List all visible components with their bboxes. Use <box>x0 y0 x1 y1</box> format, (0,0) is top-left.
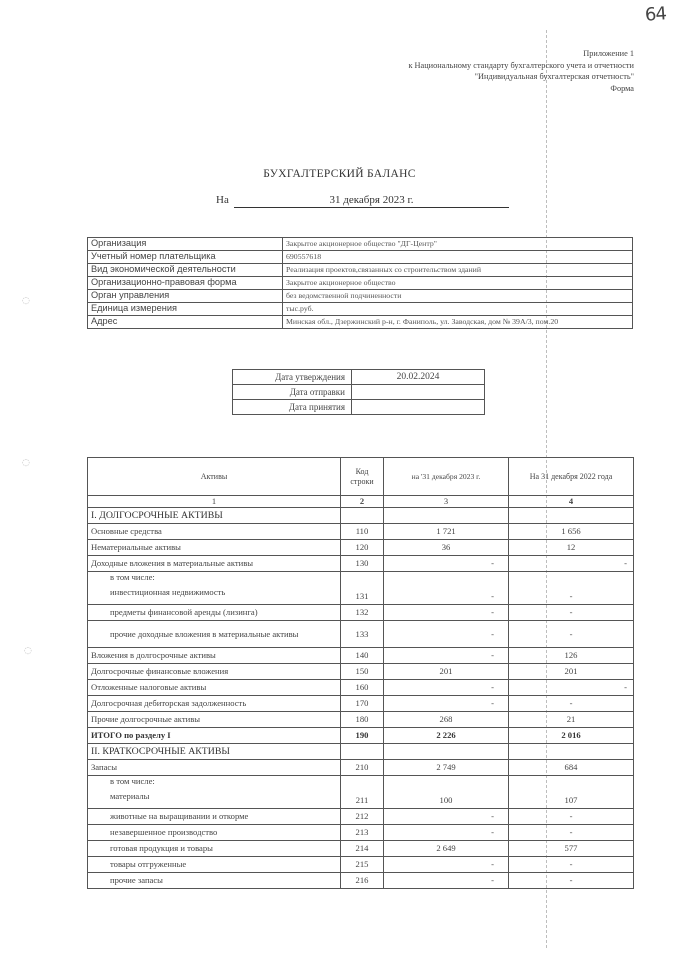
row-name: животные на выращивании и откорме <box>88 809 341 825</box>
column-number: 1 <box>88 496 341 508</box>
info-label: Организация <box>88 238 283 251</box>
info-value: Минская обл., Дзержинский р-н, г. Фанипо… <box>283 316 633 329</box>
info-value: Реализация проектов,связанных со строите… <box>283 264 633 277</box>
row-code: 150 <box>341 664 384 680</box>
row-code: 140 <box>341 648 384 664</box>
row-code: 120 <box>341 540 384 556</box>
info-row: АдресМинская обл., Дзержинский р-н, г. Ф… <box>88 316 633 329</box>
row-name-prefix: в том числе: <box>110 776 155 786</box>
table-row: прочие доходные вложения в материальные … <box>88 621 634 648</box>
organization-info-table: ОрганизацияЗакрытое акционерное общество… <box>87 237 633 329</box>
row-name: товары отгруженные <box>88 857 341 873</box>
row-name-prefix: в том числе: <box>110 572 155 582</box>
column-number: 2 <box>341 496 384 508</box>
row-name: прочие доходные вложения в материальные … <box>88 621 341 648</box>
row-previous-value: - <box>509 605 634 621</box>
row-name: II. КРАТКОСРОЧНЫЕ АКТИВЫ <box>88 744 341 760</box>
margin-punch-mark: ◌ <box>22 458 30 468</box>
row-code: 211 <box>341 776 384 809</box>
table-row: Отложенные налоговые активы160-- <box>88 680 634 696</box>
row-current-value: 2 226 <box>384 728 509 744</box>
row-code: 130 <box>341 556 384 572</box>
info-row: Вид экономической деятельностиРеализация… <box>88 264 633 277</box>
info-row: Учетный номер плательщика690557618 <box>88 251 633 264</box>
table-row: I. ДОЛГОСРОЧНЫЕ АКТИВЫ <box>88 508 634 524</box>
row-name: Основные средства <box>88 524 341 540</box>
date-label: Дата утверждения <box>233 370 352 385</box>
row-previous-value: 1 656 <box>509 524 634 540</box>
row-current-value: - <box>384 572 509 605</box>
info-value: тыс.руб. <box>283 303 633 316</box>
row-previous-value: 126 <box>509 648 634 664</box>
header-previous-period: На 31 декабря 2022 года <box>509 458 634 496</box>
header-assets: Активы <box>88 458 341 496</box>
info-label: Единица измерения <box>88 303 283 316</box>
row-name: готовая продукция и товары <box>88 841 341 857</box>
table-row: Нематериальные активы1203612 <box>88 540 634 556</box>
table-row: Основные средства1101 7211 656 <box>88 524 634 540</box>
row-current-value: 36 <box>384 540 509 556</box>
date-row: Дата принятия <box>233 400 485 415</box>
table-header-row: Активы Кодстроки на '31 декабря 2023 г. … <box>88 458 634 496</box>
row-previous-value <box>509 744 634 760</box>
row-code: 216 <box>341 873 384 889</box>
row-previous-value: 577 <box>509 841 634 857</box>
row-name: Долгосрочная дебиторская задолженность <box>88 696 341 712</box>
table-row: животные на выращивании и откорме212-- <box>88 809 634 825</box>
row-current-value: - <box>384 648 509 664</box>
dates-table: Дата утверждения20.02.2024Дата отправкиД… <box>232 369 485 415</box>
row-previous-value: - <box>509 873 634 889</box>
table-row: Долгосрочная дебиторская задолженность17… <box>88 696 634 712</box>
date-label: Дата отправки <box>233 385 352 400</box>
row-previous-value: - <box>509 696 634 712</box>
row-code: 132 <box>341 605 384 621</box>
row-current-value: 268 <box>384 712 509 728</box>
row-current-value <box>384 744 509 760</box>
info-label: Адрес <box>88 316 283 329</box>
row-name: незавершенное производство <box>88 825 341 841</box>
info-label: Орган управления <box>88 290 283 303</box>
table-row: Доходные вложения в материальные активы1… <box>88 556 634 572</box>
date-row: Дата утверждения20.02.2024 <box>233 370 485 385</box>
date-value <box>352 400 485 415</box>
row-previous-value: 21 <box>509 712 634 728</box>
table-row: II. КРАТКОСРОЧНЫЕ АКТИВЫ <box>88 744 634 760</box>
appendix-line-3: "Индивидуальная бухгалтерская отчетность… <box>408 71 634 83</box>
row-name: в том числе:инвестиционная недвижимость <box>88 572 341 605</box>
row-previous-value: - <box>509 680 634 696</box>
table-row: готовая продукция и товары2142 649577 <box>88 841 634 857</box>
date-label: Дата принятия <box>233 400 352 415</box>
column-number: 3 <box>384 496 509 508</box>
row-code: 212 <box>341 809 384 825</box>
info-row: ОрганизацияЗакрытое акционерное общество… <box>88 238 633 251</box>
row-previous-value: 684 <box>509 760 634 776</box>
row-name: в том числе:материалы <box>88 776 341 809</box>
row-current-value: - <box>384 556 509 572</box>
row-previous-value: - <box>509 556 634 572</box>
header-current-period: на '31 декабря 2023 г. <box>384 458 509 496</box>
info-label: Организационно-правовая форма <box>88 277 283 290</box>
info-label: Вид экономической деятельности <box>88 264 283 277</box>
row-current-value: 2 749 <box>384 760 509 776</box>
row-name: Долгосрочные финансовые вложения <box>88 664 341 680</box>
report-date: 31 декабря 2023 г. <box>234 194 509 208</box>
row-code: 110 <box>341 524 384 540</box>
row-previous-value: 2 016 <box>509 728 634 744</box>
row-code: 180 <box>341 712 384 728</box>
table-row: в том числе:материалы211100107 <box>88 776 634 809</box>
row-current-value: - <box>384 605 509 621</box>
row-current-value: - <box>384 809 509 825</box>
balance-sheet-table: Активы Кодстроки на '31 декабря 2023 г. … <box>87 457 634 889</box>
appendix-line-1: Приложение 1 <box>408 48 634 60</box>
table-row: товары отгруженные215-- <box>88 857 634 873</box>
document-title: БУХГАЛТЕРСКИЙ БАЛАНС <box>0 168 679 180</box>
date-value <box>352 385 485 400</box>
table-row: ИТОГО по разделу I1902 2262 016 <box>88 728 634 744</box>
row-current-value: 1 721 <box>384 524 509 540</box>
row-name: Вложения в долгосрочные активы <box>88 648 341 664</box>
row-code: 131 <box>341 572 384 605</box>
row-name: предметы финансовой аренды (лизинга) <box>88 605 341 621</box>
report-date-line: На31 декабря 2023 г. <box>216 194 509 208</box>
row-code: 213 <box>341 825 384 841</box>
row-current-value: - <box>384 621 509 648</box>
appendix-line-2: к Национальному стандарту бухгалтерского… <box>408 60 634 72</box>
margin-punch-mark: ◌ <box>24 646 32 656</box>
row-code: 133 <box>341 621 384 648</box>
row-current-value: - <box>384 696 509 712</box>
table-row: Прочие долгосрочные активы18026821 <box>88 712 634 728</box>
date-value: 20.02.2024 <box>352 370 485 385</box>
info-row: Организационно-правовая формаЗакрытое ак… <box>88 277 633 290</box>
header-code: Кодстроки <box>341 458 384 496</box>
row-current-value: - <box>384 873 509 889</box>
row-current-value: - <box>384 825 509 841</box>
column-number: 4 <box>509 496 634 508</box>
row-code: 190 <box>341 728 384 744</box>
row-current-value: 2 649 <box>384 841 509 857</box>
row-name: ИТОГО по разделу I <box>88 728 341 744</box>
info-row: Орган управлениябез ведомственной подчин… <box>88 290 633 303</box>
info-value: Закрытое акционерное общество "ДГ-Центр" <box>283 238 633 251</box>
row-code: 214 <box>341 841 384 857</box>
row-previous-value: 201 <box>509 664 634 680</box>
row-previous-value: 12 <box>509 540 634 556</box>
row-previous-value <box>509 508 634 524</box>
row-previous-value: - <box>509 621 634 648</box>
row-code: 210 <box>341 760 384 776</box>
table-row: в том числе:инвестиционная недвижимость1… <box>88 572 634 605</box>
row-previous-value: - <box>509 857 634 873</box>
row-name: I. ДОЛГОСРОЧНЫЕ АКТИВЫ <box>88 508 341 524</box>
row-code: 160 <box>341 680 384 696</box>
row-name: Отложенные налоговые активы <box>88 680 341 696</box>
margin-punch-mark: ◌ <box>22 296 30 306</box>
row-current-value: - <box>384 680 509 696</box>
table-row: незавершенное производство213-- <box>88 825 634 841</box>
row-previous-value: 107 <box>509 776 634 809</box>
row-current-value: - <box>384 857 509 873</box>
appendix-line-4: Форма <box>408 83 634 95</box>
table-row: предметы финансовой аренды (лизинга)132-… <box>88 605 634 621</box>
info-value: Закрытое акционерное общество <box>283 277 633 290</box>
row-name: Запасы <box>88 760 341 776</box>
table-row: прочие запасы216-- <box>88 873 634 889</box>
table-row: Запасы2102 749684 <box>88 760 634 776</box>
row-previous-value: - <box>509 572 634 605</box>
info-label: Учетный номер плательщика <box>88 251 283 264</box>
column-numbers-row: 1 2 3 4 <box>88 496 634 508</box>
table-row: Долгосрочные финансовые вложения15020120… <box>88 664 634 680</box>
table-row: Вложения в долгосрочные активы140-126 <box>88 648 634 664</box>
row-name: Доходные вложения в материальные активы <box>88 556 341 572</box>
row-code <box>341 508 384 524</box>
appendix-note: Приложение 1 к Национальному стандарту б… <box>408 48 634 94</box>
info-value: без ведомственной подчиненности <box>283 290 633 303</box>
row-name: Прочие долгосрочные активы <box>88 712 341 728</box>
row-previous-value: - <box>509 809 634 825</box>
row-name-item: материалы <box>110 791 337 802</box>
row-code: 170 <box>341 696 384 712</box>
row-name-item: инвестиционная недвижимость <box>110 587 337 598</box>
row-current-value: 100 <box>384 776 509 809</box>
info-value: 690557618 <box>283 251 633 264</box>
row-code <box>341 744 384 760</box>
row-previous-value: - <box>509 825 634 841</box>
row-current-value: 201 <box>384 664 509 680</box>
row-code: 215 <box>341 857 384 873</box>
row-name: Нематериальные активы <box>88 540 341 556</box>
date-row: Дата отправки <box>233 385 485 400</box>
date-prefix: На <box>216 194 234 206</box>
row-name: прочие запасы <box>88 873 341 889</box>
info-row: Единица измерениятыс.руб. <box>88 303 633 316</box>
handwritten-page-number: 64 <box>644 3 666 25</box>
row-current-value <box>384 508 509 524</box>
